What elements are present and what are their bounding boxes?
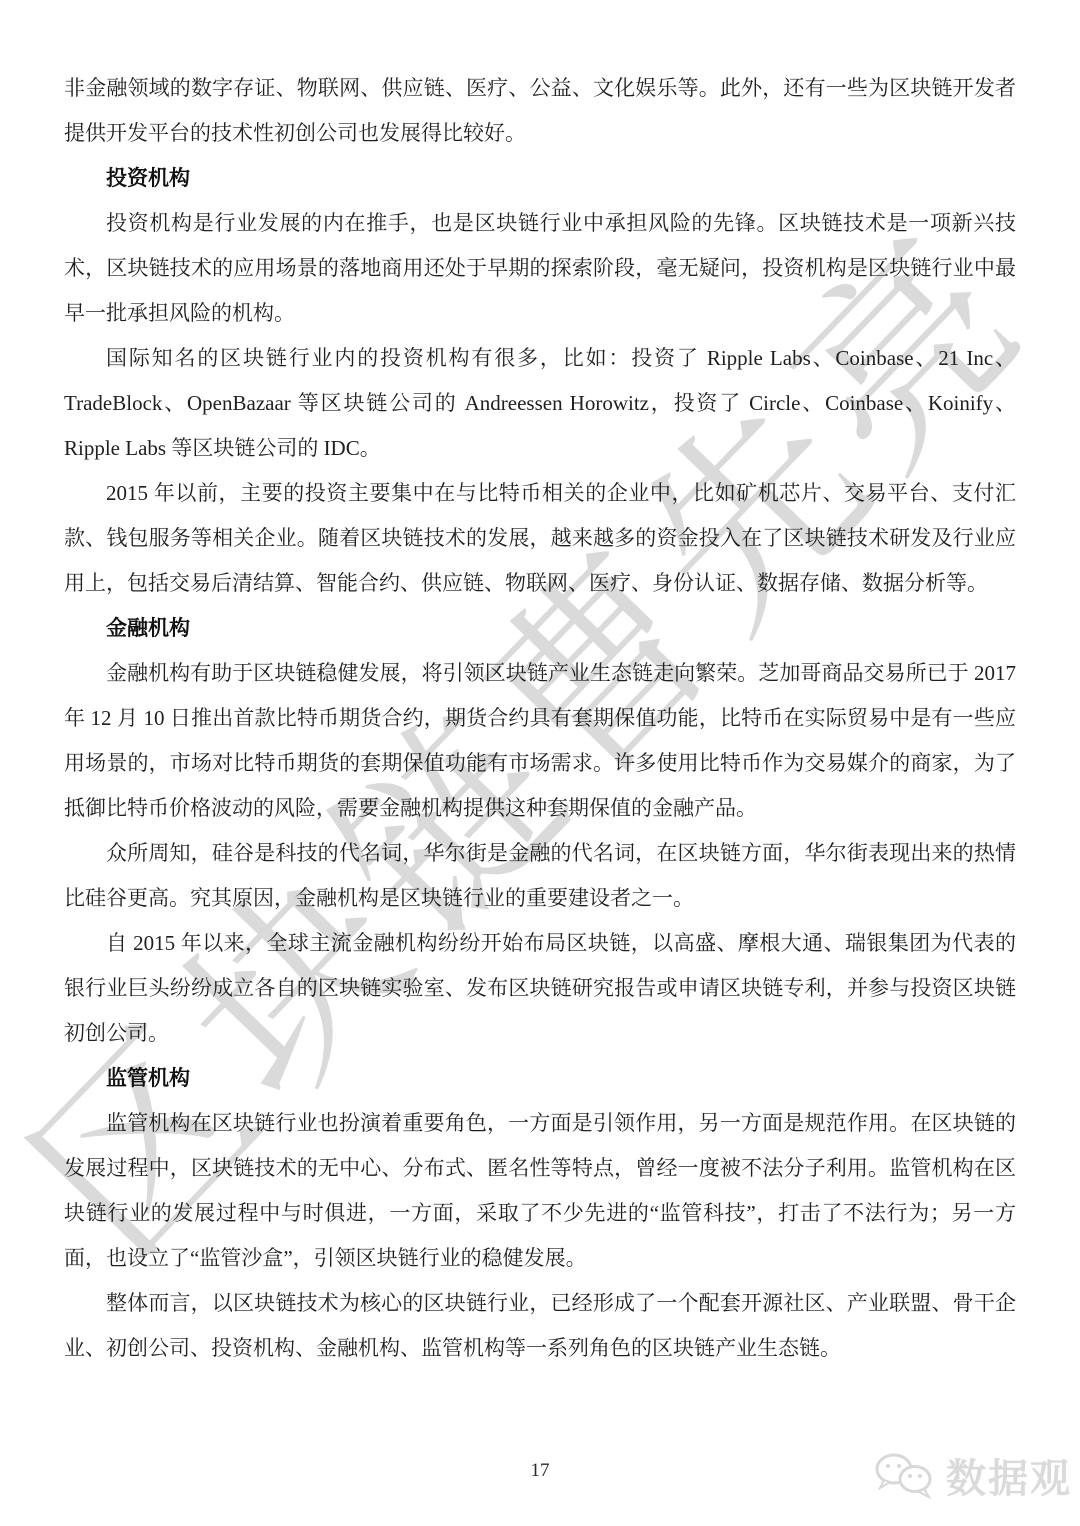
page-number: 17 (531, 1460, 550, 1481)
section-heading-financial: 金融机构 (64, 606, 1016, 651)
paragraph: 投资机构是行业发展的内在推手，也是区块链行业中承担风险的先锋。区块链技术是一项新… (64, 201, 1016, 336)
paragraph: 国际知名的区块链行业内的投资机构有很多，比如：投资了 Ripple Labs、C… (64, 336, 1016, 471)
paragraph: 整体而言，以区块链技术为核心的区块链行业，已经形成了一个配套开源社区、产业联盟、… (64, 1281, 1016, 1371)
paragraph: 2015 年以前，主要的投资主要集中在与比特币相关的企业中，比如矿机芯片、交易平… (64, 471, 1016, 606)
paragraph: 非金融领域的数字存证、物联网、供应链、医疗、公益、文化娱乐等。此外，还有一些为区… (64, 66, 1016, 156)
paragraph: 众所周知，硅谷是科技的代名词，华尔街是金融的代名词，在区块链方面，华尔街表现出来… (64, 831, 1016, 921)
paragraph: 监管机构在区块链行业也扮演着重要角色，一方面是引领作用，另一方面是规范作用。在区… (64, 1101, 1016, 1281)
paragraph: 自 2015 年以来，全球主流金融机构纷纷开始布局区块链，以高盛、摩根大通、瑞银… (64, 921, 1016, 1056)
wechat-icon (874, 1451, 936, 1501)
brand-logo: 数据观 (874, 1447, 1072, 1504)
section-heading-investment: 投资机构 (64, 156, 1016, 201)
paragraph: 金融机构有助于区块链稳健发展，将引领区块链产业生态链走向繁荣。芝加哥商品交易所已… (64, 651, 1016, 831)
section-heading-regulatory: 监管机构 (64, 1056, 1016, 1101)
document-page: 区块链曹先亮 非金融领域的数字存证、物联网、供应链、医疗、公益、文化娱乐等。此外… (0, 0, 1080, 1526)
brand-name: 数据观 (946, 1447, 1072, 1504)
page-body: 非金融领域的数字存证、物联网、供应链、医疗、公益、文化娱乐等。此外，还有一些为区… (64, 66, 1016, 1371)
